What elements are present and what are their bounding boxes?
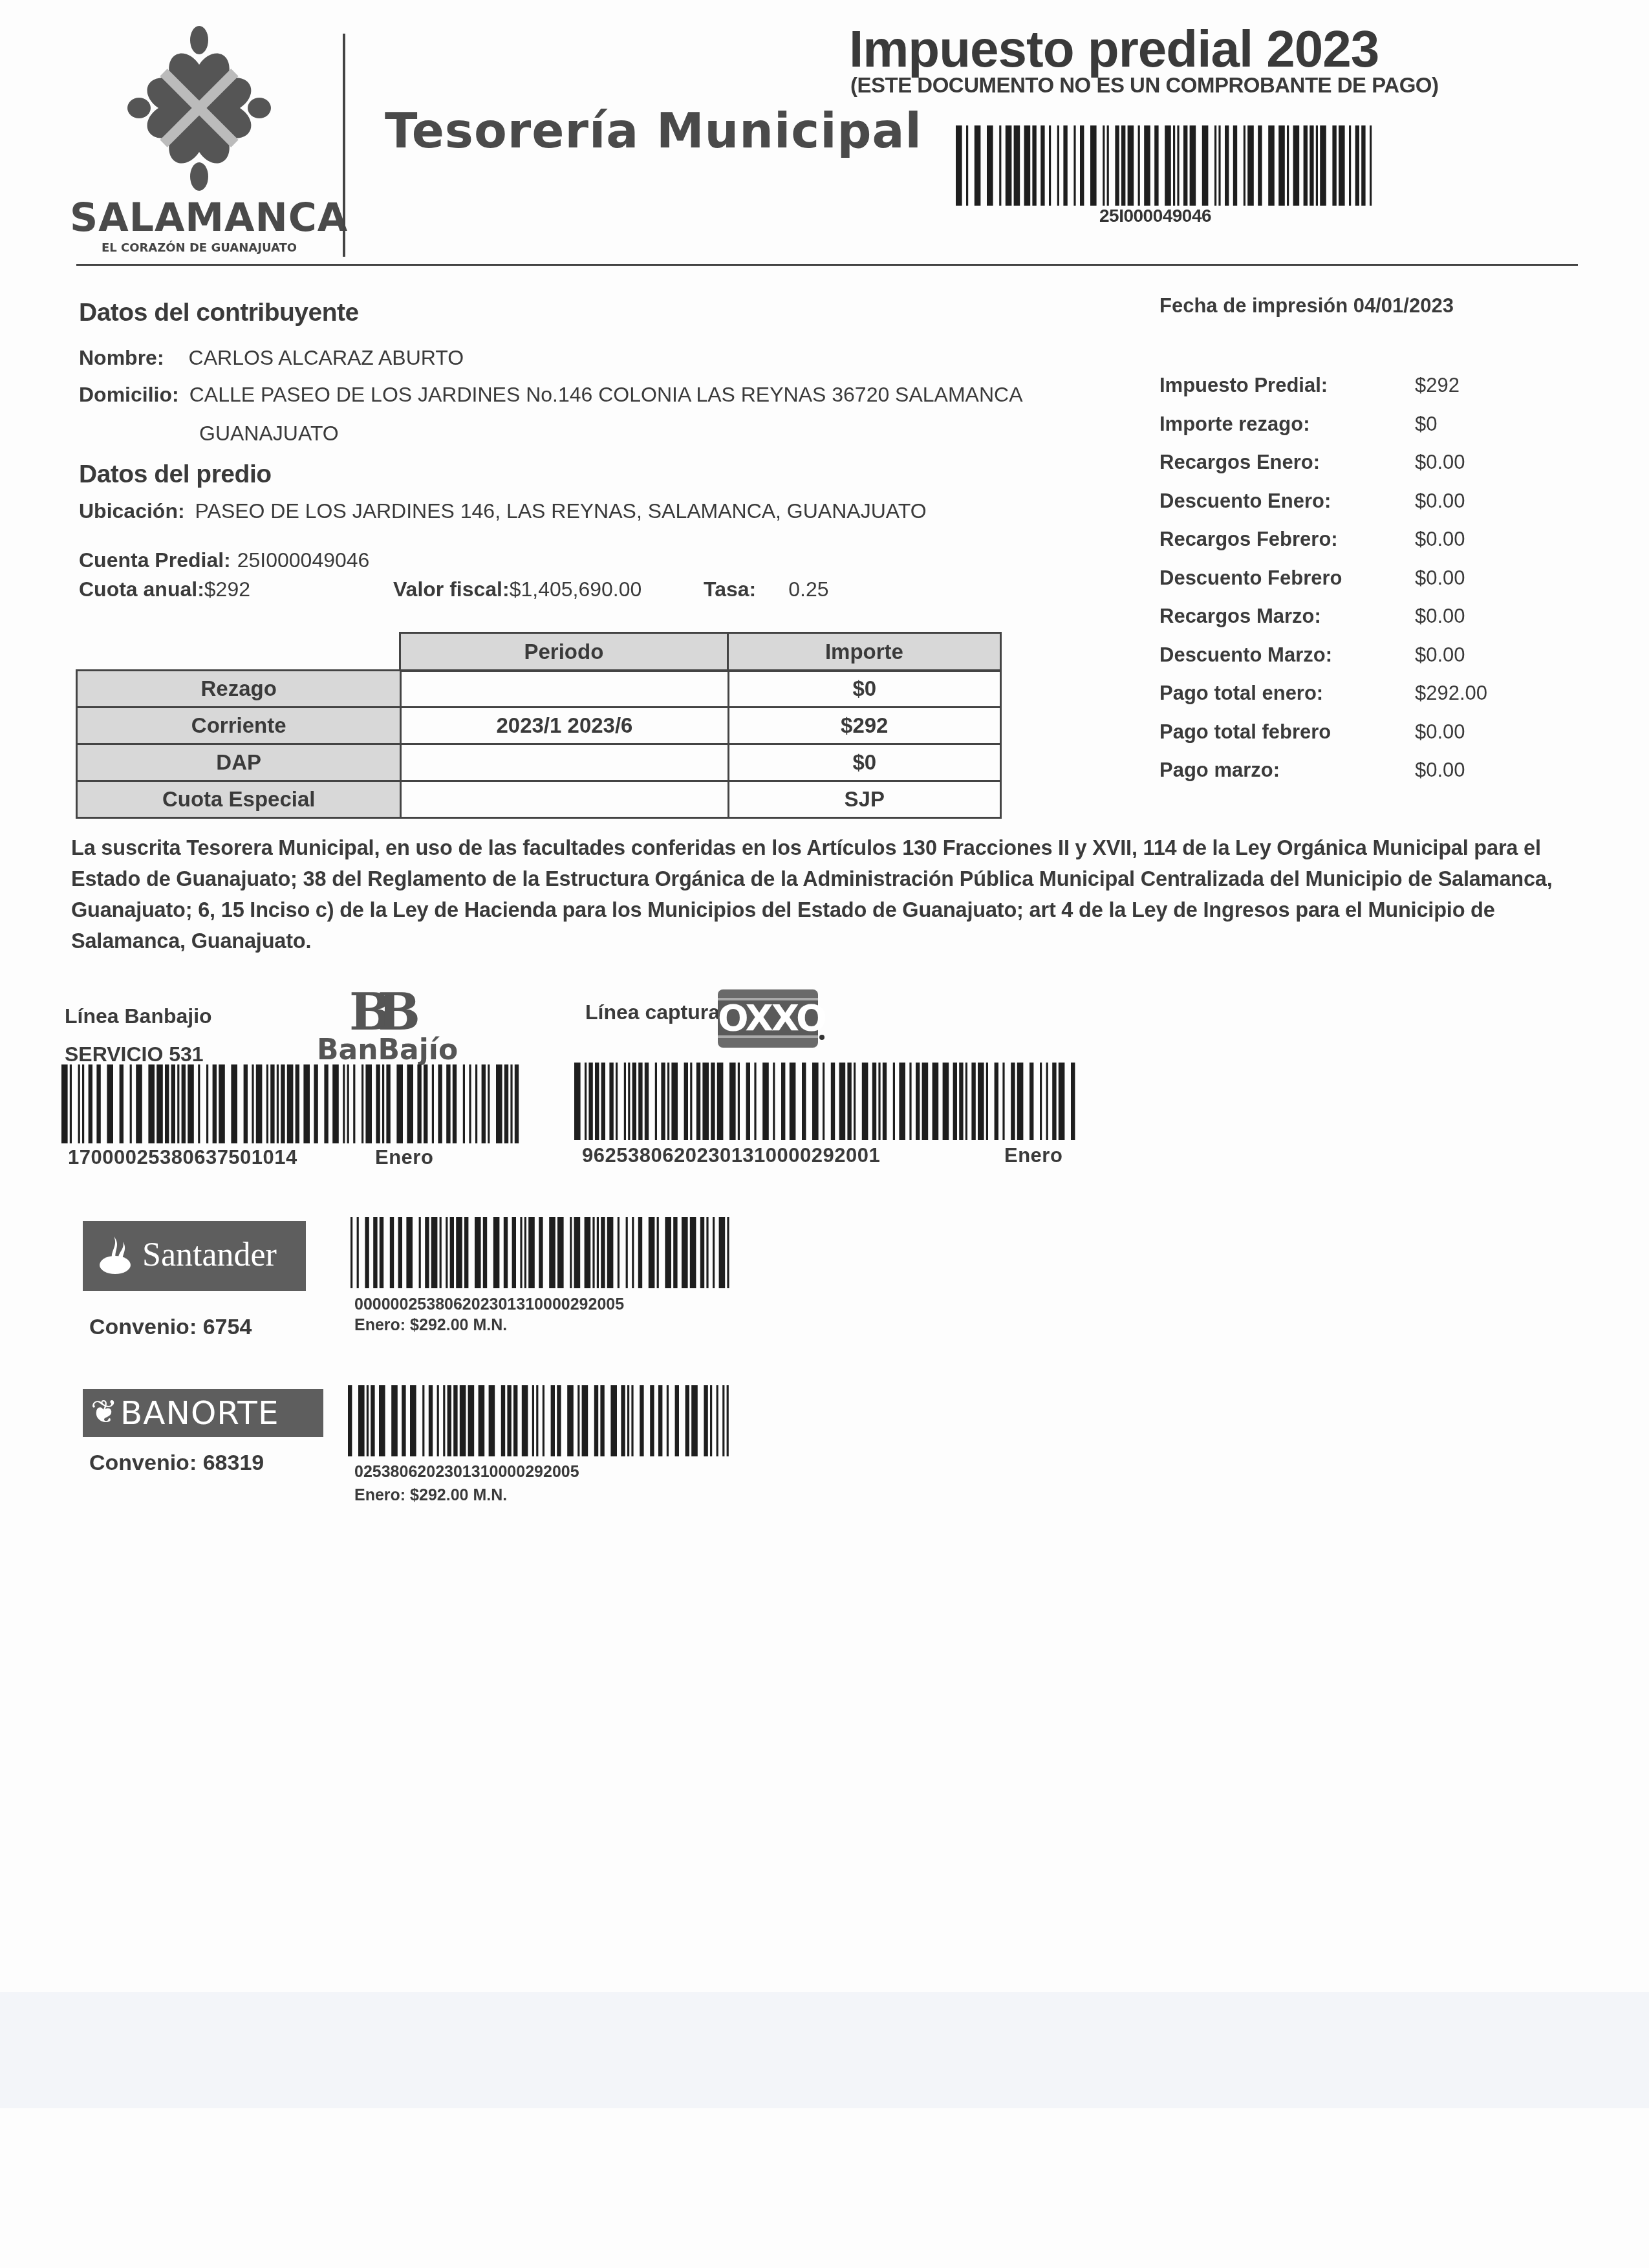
summary-label: Pago total enero: (1159, 682, 1323, 705)
santander-wordmark: Santander (142, 1236, 277, 1274)
summary-label: Descuento Enero: (1159, 490, 1331, 513)
ubicacion-field: Ubicación:PASEO DE LOS JARDINES 146, LAS… (79, 499, 927, 523)
tasa-field: Tasa:0.25 (704, 578, 829, 601)
oxxo-barcode (574, 1063, 1079, 1140)
summary-label: Impuesto Predial: (1159, 374, 1328, 397)
banorte-barcode (348, 1385, 733, 1456)
banorte-logo: ❦ BANORTE (83, 1389, 323, 1437)
fecha-impresion-label: Fecha de impresión (1159, 294, 1348, 317)
account-barcode (956, 125, 1377, 206)
header-importe: Importe (727, 633, 1000, 671)
cuenta-predial-field: Cuenta Predial:25I000049046 (79, 548, 369, 572)
santander-code: 000000253806202301310000292005 (354, 1295, 624, 1314)
summary-label: Descuento Febrero (1159, 567, 1342, 590)
payment-summary: Impuesto Predial:$292Importe rezago:$0Re… (1159, 374, 1547, 797)
cell-importe: $0 (728, 744, 1000, 781)
summary-value: $0.00 (1415, 451, 1465, 474)
valor-fiscal-field: Valor fiscal:$1,405,690.00 (393, 578, 641, 601)
summary-value: $0.00 (1415, 528, 1465, 551)
predio-section-title: Datos del predio (79, 460, 272, 489)
cell-importe: SJP (728, 781, 1000, 818)
summary-row: Pago total febrero$0.00 (1159, 720, 1547, 759)
cell-concepto: Corriente (77, 707, 401, 744)
cell-periodo (401, 744, 728, 781)
summary-row: Descuento Febrero$0.00 (1159, 567, 1547, 605)
table-body: Rezago$0Corriente2023/1 2023/6$292DAP$0C… (76, 669, 1002, 819)
fecha-impresion-value: 04/01/2023 (1353, 294, 1454, 317)
logo-wordmark: SALAMANCA (70, 195, 329, 241)
banorte-mark-icon: ❦ (91, 1393, 118, 1431)
cell-importe: $292 (728, 707, 1000, 744)
document-title: Impuesto predial 2023 (849, 19, 1379, 79)
summary-value: $0.00 (1415, 720, 1465, 744)
oxxo-wordmark: OXXO (718, 997, 818, 1039)
summary-value: $0.00 (1415, 759, 1465, 782)
banbajio-service: SERVICIO 531 (65, 1042, 204, 1066)
tasa-label: Tasa: (704, 578, 756, 601)
banorte-convenio: Convenio: 68319 (89, 1451, 264, 1476)
cell-importe: $0 (728, 671, 1000, 707)
logo-tagline: EL CORAZÓN DE GUANAJUATO (70, 241, 329, 255)
summary-label: Recargos Enero: (1159, 451, 1320, 474)
santander-barcode (350, 1217, 732, 1288)
summary-value: $292 (1415, 374, 1460, 397)
cuota-anual-value: $292 (204, 578, 250, 601)
cell-concepto: Rezago (77, 671, 401, 707)
summary-row: Pago marzo:$0.00 (1159, 759, 1547, 797)
cell-concepto: Cuota Especial (77, 781, 401, 818)
santander-convenio: Convenio: 6754 (89, 1315, 252, 1340)
banbajio-label: Línea Banbajio (65, 1004, 212, 1028)
nombre-label: Nombre: (79, 346, 164, 369)
santander-flame-icon (97, 1235, 136, 1277)
document-subtitle: (ESTE DOCUMENTO NO ES UN COMPROBANTE DE … (850, 73, 1439, 98)
banbajio-logo: BB BanBajío (317, 983, 466, 1067)
cell-concepto: DAP (77, 744, 401, 781)
table-header: Periodo Importe (399, 632, 1002, 672)
summary-label: Pago marzo: (1159, 759, 1280, 782)
summary-label: Pago total febrero (1159, 720, 1331, 744)
summary-row: Descuento Marzo:$0.00 (1159, 643, 1547, 682)
banbajio-barcode (61, 1064, 521, 1143)
nombre-field: Nombre:CARLOS ALCARAZ ABURTO (79, 346, 464, 370)
banorte-wordmark: BANORTE (120, 1394, 279, 1432)
nombre-value: CARLOS ALCARAZ ABURTO (189, 346, 464, 369)
domicilio-label: Domicilio: (79, 383, 179, 406)
cell-periodo (401, 671, 728, 707)
scan-bleed-band (0, 1992, 1649, 2108)
domicilio-value-line2: GUANAJUATO (199, 422, 339, 446)
cell-periodo: 2023/1 2023/6 (401, 707, 728, 744)
summary-row: Recargos Enero:$0.00 (1159, 451, 1547, 490)
summary-row: Pago total enero:$292.00 (1159, 682, 1547, 720)
tax-breakdown-table: Periodo Importe Rezago$0Corriente2023/1 … (76, 632, 1000, 825)
header-periodo: Periodo (400, 633, 728, 671)
tasa-value: 0.25 (788, 578, 828, 601)
header-divider (343, 34, 345, 257)
valor-fiscal-label: Valor fiscal: (393, 578, 510, 601)
summary-row: Recargos Marzo:$0.00 (1159, 605, 1547, 643)
fecha-impresion: Fecha de impresión 04/01/2023 (1159, 294, 1454, 318)
oxxo-code: 96253806202301310000292001 (582, 1144, 880, 1167)
oxxo-logo: OXXO (718, 989, 818, 1048)
summary-value: $0 (1415, 413, 1437, 436)
account-barcode-number: 25I000049046 (1099, 206, 1211, 226)
summary-row: Impuesto Predial:$292 (1159, 374, 1547, 413)
summary-value: $0.00 (1415, 567, 1465, 590)
banorte-amount: Enero: $292.00 M.N. (354, 1486, 507, 1505)
department-title: Tesorería Municipal (385, 103, 922, 159)
summary-label: Recargos Marzo: (1159, 605, 1321, 628)
cuota-anual-field: Cuota anual:$292 (79, 578, 250, 601)
banbajio-month: Enero (375, 1146, 433, 1169)
ubicacion-label: Ubicación: (79, 499, 185, 523)
summary-label: Descuento Marzo: (1159, 643, 1332, 667)
santander-logo: Santander (83, 1221, 306, 1291)
banbajio-wordmark: BanBajío (317, 1033, 458, 1066)
salamanca-logo: SALAMANCA EL CORAZÓN DE GUANAJUATO (70, 26, 329, 259)
summary-label: Importe rezago: (1159, 413, 1310, 436)
header-rule (76, 264, 1578, 266)
summary-value: $0.00 (1415, 605, 1465, 628)
registered-mark-icon (819, 1035, 824, 1040)
summary-value: $292.00 (1415, 682, 1487, 705)
summary-row: Recargos Febrero:$0.00 (1159, 528, 1547, 567)
cuenta-predial-label: Cuenta Predial: (79, 548, 231, 572)
oxxo-month: Enero (1004, 1144, 1062, 1167)
cuenta-predial-value: 25I000049046 (237, 548, 370, 572)
cuota-anual-label: Cuota anual: (79, 578, 204, 601)
summary-label: Recargos Febrero: (1159, 528, 1338, 551)
table-row: Corriente2023/1 2023/6$292 (77, 707, 1001, 744)
summary-value: $0.00 (1415, 490, 1465, 513)
santander-amount: Enero: $292.00 M.N. (354, 1316, 507, 1335)
cell-periodo (401, 781, 728, 818)
table-row: Cuota EspecialSJP (77, 781, 1001, 818)
summary-row: Importe rezago:$0 (1159, 413, 1547, 451)
salamanca-emblem-icon (125, 26, 274, 191)
banorte-code: 0253806202301310000292005 (354, 1463, 579, 1482)
contribuyente-section-title: Datos del contribuyente (79, 299, 359, 327)
legal-text: La suscrita Tesorera Municipal, en uso d… (71, 832, 1584, 956)
summary-row: Descuento Enero:$0.00 (1159, 490, 1547, 528)
table-row: Rezago$0 (77, 671, 1001, 707)
valor-fiscal-value: $1,405,690.00 (510, 578, 642, 601)
banbajio-code: 17000025380637501014 (68, 1146, 297, 1169)
table-row: DAP$0 (77, 744, 1001, 781)
ubicacion-value: PASEO DE LOS JARDINES 146, LAS REYNAS, S… (195, 499, 927, 523)
domicilio-value-line1: CALLE PASEO DE LOS JARDINES No.146 COLON… (189, 383, 1023, 406)
domicilio-field: Domicilio:CALLE PASEO DE LOS JARDINES No… (79, 383, 1023, 407)
summary-value: $0.00 (1415, 643, 1465, 667)
